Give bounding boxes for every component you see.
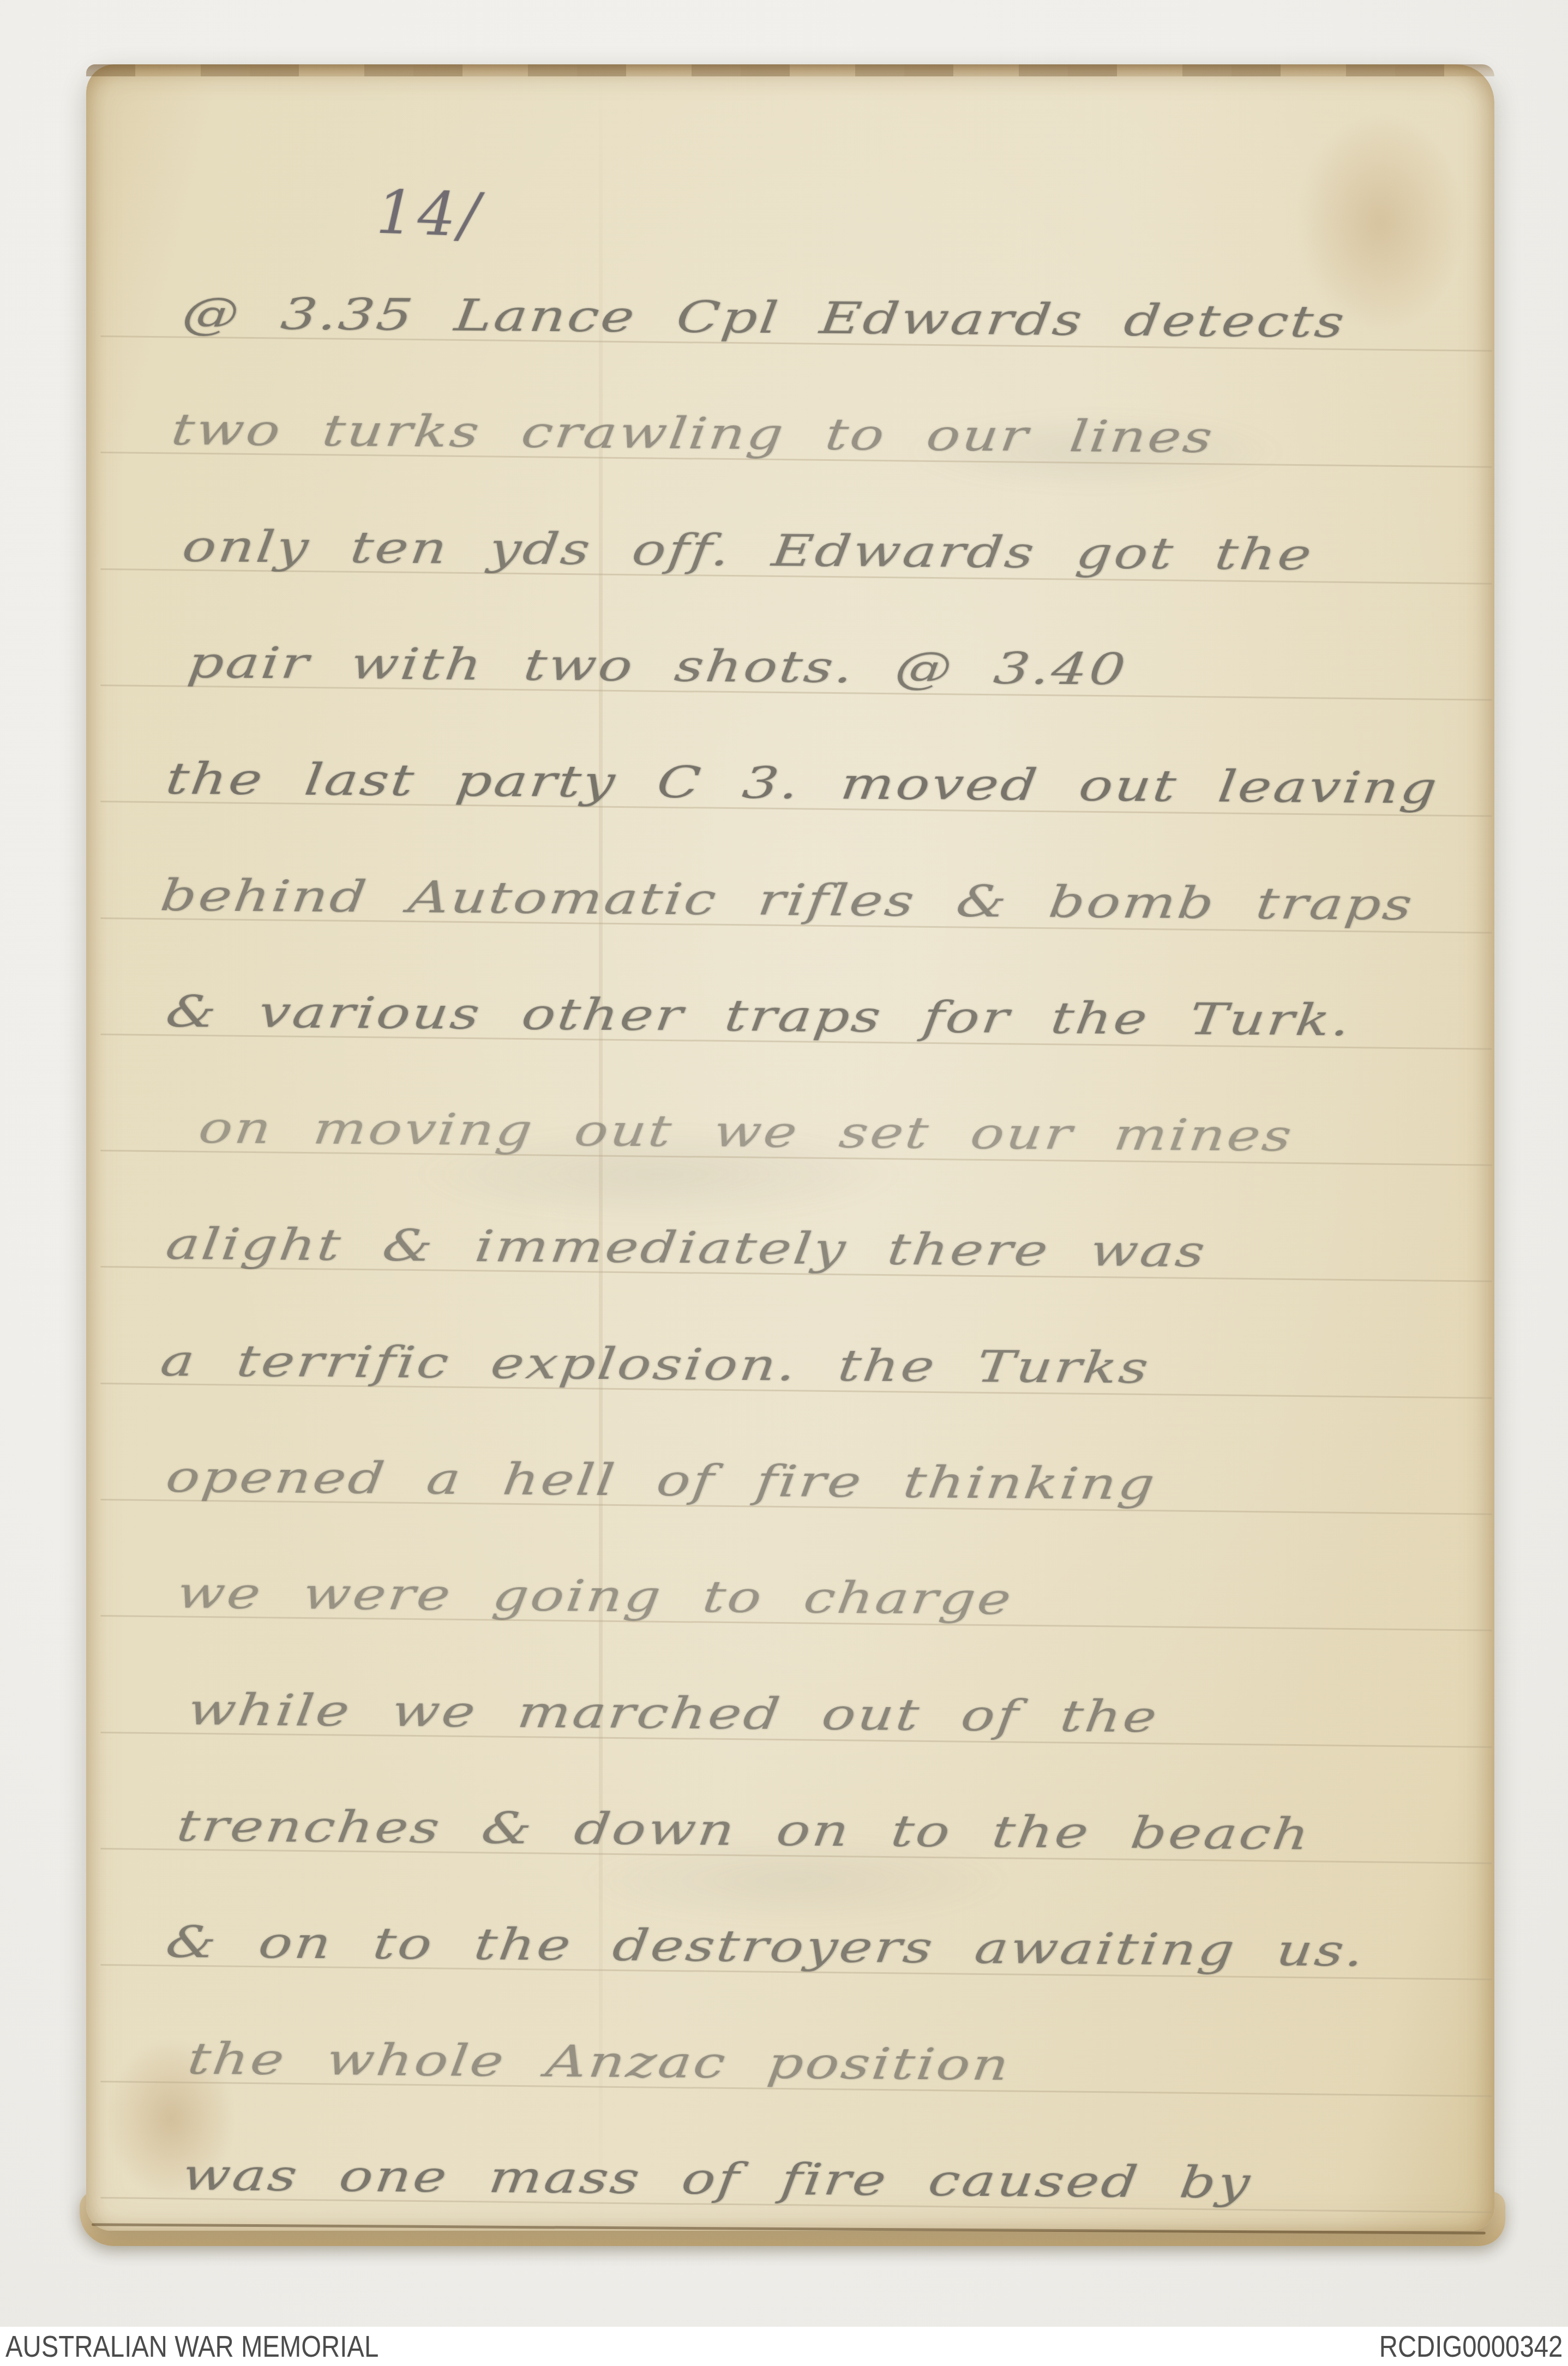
page-number: 14/ bbox=[375, 177, 484, 251]
handwritten-line: @ 3.35 Lance Cpl Edwards detects bbox=[180, 244, 1354, 344]
handwritten-line: the last party C 3. moved out leaving bbox=[164, 709, 1447, 810]
footer-bar: AUSTRALIAN WAR MEMORIAL RCDIG0000342 bbox=[0, 2327, 1568, 2366]
diary-page: 14/ @ 3.35 Lance Cpl Edwards detectstwo … bbox=[86, 64, 1494, 2231]
handwritten-line: the whole Anzac position bbox=[185, 1989, 1019, 2087]
handwritten-line: & on to the destroyers awaiting us. bbox=[164, 1872, 1374, 1973]
handwritten-line: alight & immediately there was bbox=[164, 1175, 1215, 1274]
scan-backdrop: 14/ @ 3.35 Lance Cpl Edwards detectstwo … bbox=[0, 0, 1568, 2366]
handwritten-line: opened a hell of fire thinking bbox=[164, 1407, 1165, 1506]
handwritten-line: a terrific explosion. the Turks bbox=[158, 1291, 1158, 1390]
handwritten-line: only ten yds off. Edwards got the bbox=[180, 477, 1322, 577]
handwritten-line: was one mass of fire caused by bbox=[180, 2105, 1260, 2205]
page-top-deckle-edge bbox=[86, 64, 1494, 76]
handwritten-line: we were going to charge bbox=[175, 1523, 1022, 1621]
institution-label: AUSTRALIAN WAR MEMORIAL bbox=[5, 2329, 379, 2364]
reference-id: RCDIG0000342 bbox=[1379, 2329, 1563, 2364]
handwritten-line: pair with two shots. @ 3.40 bbox=[185, 593, 1136, 692]
handwritten-line: while we marched out of the bbox=[185, 1640, 1167, 1739]
handwritten-line: two turks crawling to our lines bbox=[169, 360, 1223, 459]
handwritten-line: & various other traps for the Turk. bbox=[164, 942, 1360, 1042]
handwritten-line: trenches & down on to the beach bbox=[175, 1756, 1319, 1856]
handwritten-line: behind Automatic rifles & bomb traps bbox=[158, 826, 1422, 927]
handwritten-line: on moving out we set our mines bbox=[196, 1058, 1302, 1158]
